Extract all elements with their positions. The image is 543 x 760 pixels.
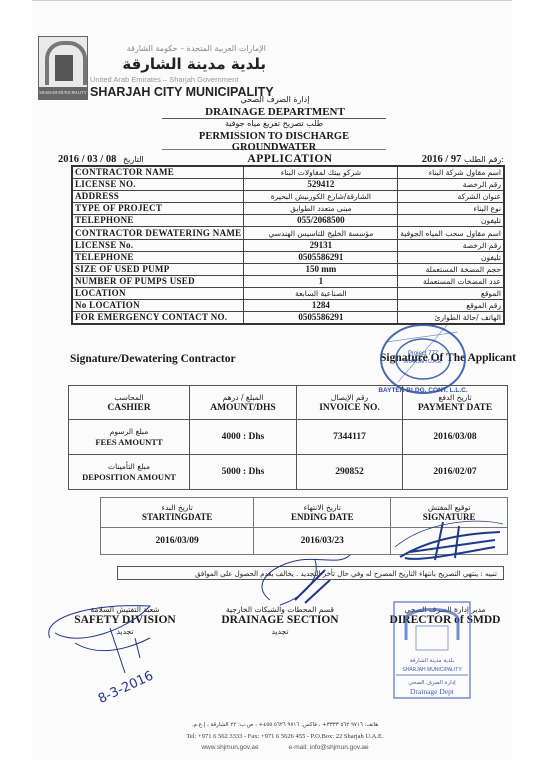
permission-title-ar: طلب تصريح تفريغ مياه جوفية: [162, 119, 386, 128]
detail-label-ar: تليفون: [398, 251, 504, 263]
detail-label-en: TELEPHONE: [72, 215, 244, 227]
detail-value: 150 mm: [244, 263, 398, 275]
table-row: TELEPHONE0505586291تليفون: [72, 251, 504, 263]
table-row: LICENSE NO.529412رقم الرخصة: [72, 179, 504, 191]
department-title-en: DRAINAGE DEPARTMENT: [160, 106, 390, 118]
payment-date: 2016/02/07: [403, 455, 508, 490]
email-link[interactable]: e-mail: info@shjmun.gov.ae: [288, 744, 368, 751]
column-header-en: AMOUNT/DHS: [210, 403, 275, 413]
municipality-logo: SHARJAH MUNICIPALITY: [38, 36, 88, 100]
payments-column-header: رقم الإيصالINVOICE NO.: [297, 386, 403, 420]
government-name-en: United Arab Emirates – Sharjah Governmen…: [90, 75, 238, 84]
logo-fort-icon: [55, 55, 73, 81]
payment-type: مبلغ الرسومFEES AMOUNTT: [69, 420, 190, 455]
column-header-ar: تاريخ البدء: [102, 503, 252, 512]
detail-label-en: SIZE OF USED PUMP: [72, 263, 244, 275]
table-row: CONTRACTOR NAMEشركو بيتك لمقاولات البناء…: [72, 166, 504, 179]
table-row: No LOCATION1284رقم الموقع: [72, 300, 504, 312]
detail-value: 0505586291: [244, 312, 398, 325]
application-date-value: 2016 / 03 / 08: [58, 154, 116, 165]
detail-label-en: ADDRESS: [72, 191, 244, 203]
dates-header-row: تاريخ البدءSTARTINGDATEتاريخ الانتهاءEND…: [101, 498, 508, 528]
detail-value: الصناعية السابعة: [244, 287, 398, 299]
detail-label-ar: رقم الموقع: [398, 300, 504, 312]
dewatering-contractor-signature-label: Signature/Dewatering Contractor: [70, 353, 236, 365]
detail-value: مؤسسة الخليج للتاسيس الهندسي: [244, 227, 398, 239]
table-row: FOR EMERGENCY CONTACT NO.0505586291الهات…: [72, 312, 504, 325]
municipality-name-ar: بلدية مدينة الشارقة: [90, 55, 266, 73]
table-row: NUMBER OF PUMPS USED1عدد المضخات المستعم…: [72, 275, 504, 287]
application-details-table: CONTRACTOR NAMEشركو بيتك لمقاولات البناء…: [71, 165, 505, 325]
detail-value: 055/2068500: [244, 215, 398, 227]
detail-value: 1: [244, 275, 398, 287]
invoice-number: 7344117: [297, 420, 403, 455]
detail-value: 529412: [244, 179, 398, 191]
payment-type-ar: مبلغ التأمينات: [70, 462, 188, 471]
column-header-en: PAYMENT DATE: [418, 403, 492, 413]
footer-address-ar: هاتف: ٩٧١٦ ٥٦٢ ٣٣٣٣+ ، فاكس: ٩٧١٦ ٥٦٢٦ ٤…: [140, 722, 430, 728]
applicant-signature-label: Signature Of The Applicant: [380, 352, 516, 364]
detail-label-en: TYPE OF PROJECT: [72, 203, 244, 215]
table-row: LOCATIONالصناعية السابعةالموقع: [72, 287, 504, 299]
permission-title-en: PERMISSION TO DISCHARGE GROUNDWATER: [162, 131, 386, 153]
table-row: مبلغ الرسومFEES AMOUNTT4000 : Dhs7344117…: [69, 420, 508, 455]
dates-column-header: توقيع المفتشSIGNATURE: [391, 498, 508, 528]
payment-type-en: DEPOSITION AMOUNT: [82, 472, 176, 482]
request-number-value: 2016 / 97: [422, 154, 462, 165]
director-en: DIRECTOR of SMDD: [390, 614, 501, 626]
detail-value: 29131: [244, 239, 398, 251]
request-number: 2016 / 97 رقم الطلب:: [396, 154, 504, 165]
payments-column-header: تاريخ الدفعPAYMENT DATE: [403, 386, 508, 420]
column-header-ar: تاريخ الدفع: [404, 393, 506, 402]
application-date: 2016 / 03 / 08 التاريخ: [58, 154, 144, 165]
detail-label-ar: اسم مقاول شركة البناء: [398, 166, 504, 179]
column-header-en: STARTINGDATE: [142, 512, 212, 522]
detail-label-en: LICENSE NO.: [72, 179, 244, 191]
payment-amount: 4000 : Dhs: [190, 420, 297, 455]
detail-value: شركو بيتك لمقاولات البناء: [244, 166, 398, 179]
safety-division-ar: شعبة التفتيش السلامة: [60, 605, 190, 614]
table-row: مبلغ التأميناتDEPOSITION AMOUNT5000 : Dh…: [69, 455, 508, 490]
column-header-en: INVOICE NO.: [319, 403, 380, 413]
column-header-en: ENDING DATE: [291, 512, 354, 522]
department-title-ar: إدارة الصرف الصحي: [160, 95, 390, 104]
column-header-ar: تاريخ الانتهاء: [255, 503, 389, 512]
detail-label-ar: رقم الرخصة: [398, 179, 504, 191]
permit-dates-table: تاريخ البدءSTARTINGDATEتاريخ الانتهاءEND…: [100, 497, 508, 555]
application-title: APPLICATION: [230, 153, 350, 165]
detail-label-en: LOCATION: [72, 287, 244, 299]
payments-header-row: المحاسبCASHIERالمبلغ / درهمAMOUNT/DHSرقم…: [69, 386, 508, 420]
request-number-label-ar: رقم الطلب:: [464, 155, 504, 164]
column-header-en: SIGNATURE: [423, 512, 476, 522]
detail-label-ar: عدد المضخات المستعملة: [398, 275, 504, 287]
detail-label-ar: رقم الرخصة: [398, 239, 504, 251]
table-row: CONTRACTOR DEWATERING NAMEمؤسسة الخليج ل…: [72, 227, 504, 239]
payment-type-en: FEES AMOUNTT: [95, 437, 162, 447]
payment-type-ar: مبلغ الرسوم: [70, 427, 188, 436]
column-header-ar: المبلغ / درهم: [191, 393, 295, 402]
safety-division-renewal: تجديد: [60, 627, 190, 636]
table-row: TYPE OF PROJECTمبنى متعدد الطوابقنوع الب…: [72, 203, 504, 215]
detail-label-ar: الموقع: [398, 287, 504, 299]
detail-label-en: NUMBER OF PUMPS USED: [72, 275, 244, 287]
payment-amount: 5000 : Dhs: [190, 455, 297, 490]
detail-label-ar: تليفون: [398, 215, 504, 227]
drainage-section-en: DRAINAGE SECTION: [221, 614, 338, 626]
detail-label-ar: حجم المضخة المستعملة: [398, 263, 504, 275]
detail-value: الشارقة/شارع الكورنيش البحيرة: [244, 191, 398, 203]
column-header-en: CASHIER: [107, 403, 150, 413]
application-date-label-ar: التاريخ: [123, 155, 144, 164]
detail-label-en: CONTRACTOR NAME: [72, 166, 244, 179]
table-row: LICENSE No.29131رقم الرخصة: [72, 239, 504, 251]
inspector-signature-cell: [391, 528, 508, 555]
table-row: 2016/03/092016/03/23: [101, 528, 508, 555]
director-block: مدير إدارة الصرف الصحي DIRECTOR of SMDD: [370, 605, 520, 626]
table-row: ADDRESSالشارقة/شارع الكورنيش البحيرةعنوا…: [72, 191, 504, 203]
government-name-ar: الإمارات العربية المتحدة – حكومة الشارقة: [90, 44, 266, 53]
detail-label-en: TELEPHONE: [72, 251, 244, 263]
invoice-number: 290852: [297, 455, 403, 490]
logo-band-text: SHARJAH MUNICIPALITY: [39, 87, 87, 99]
drainage-section-renewal: تجديد: [200, 627, 360, 636]
detail-value: 1284: [244, 300, 398, 312]
detail-label-en: CONTRACTOR DEWATERING NAME: [72, 227, 244, 239]
dates-column-header: تاريخ الانتهاءENDING DATE: [254, 498, 391, 528]
website-link[interactable]: www.shjmun.gov.ae: [201, 744, 258, 751]
payments-column-header: المبلغ / درهمAMOUNT/DHS: [190, 386, 297, 420]
detail-value: مبنى متعدد الطوابق: [244, 203, 398, 215]
detail-label-ar: الهاتف /حالة الطوارئ: [398, 312, 504, 325]
footer-contact-en: Tel: +971 6 562 3333 - Fax: +971 6 5626 …: [140, 733, 430, 740]
detail-label-en: LICENSE No.: [72, 239, 244, 251]
dates-column-header: تاريخ البدءSTARTINGDATE: [101, 498, 254, 528]
column-header-ar: توقيع المفتش: [392, 503, 506, 512]
ending-date-value: 2016/03/23: [254, 528, 391, 555]
detail-label-en: No LOCATION: [72, 300, 244, 312]
table-row: SIZE OF USED PUMP150 mmحجم المضخة المستع…: [72, 263, 504, 275]
expiry-notice: تنبيه : ينتهي التصريح بانتهاء التاريخ ال…: [117, 566, 504, 580]
drainage-section-ar: قسم المحطات والشبكات الخارجية: [200, 605, 360, 614]
footer-links: www.shjmun.gov.ae e-mail: info@shjmun.go…: [140, 744, 430, 751]
detail-label-en: FOR EMERGENCY CONTACT NO.: [72, 312, 244, 325]
payment-date: 2016/03/08: [403, 420, 508, 455]
payments-table: المحاسبCASHIERالمبلغ / درهمAMOUNT/DHSرقم…: [68, 385, 508, 490]
drainage-section-block: قسم المحطات والشبكات الخارجية DRAINAGE S…: [200, 605, 360, 636]
payment-type: مبلغ التأميناتDEPOSITION AMOUNT: [69, 455, 190, 490]
starting-date-value: 2016/03/09: [101, 528, 254, 555]
safety-division-en: SAFETY DIVISION: [74, 614, 176, 626]
detail-label-ar: اسم مقاول سحب المياه الجوفية: [398, 227, 504, 239]
detail-label-ar: عنوان الشركة: [398, 191, 504, 203]
column-header-ar: المحاسب: [70, 393, 188, 402]
detail-value: 0505586291: [244, 251, 398, 263]
director-ar: مدير إدارة الصرف الصحي: [370, 605, 520, 614]
column-header-ar: رقم الإيصال: [298, 393, 401, 402]
detail-label-ar: نوع البناء: [398, 203, 504, 215]
table-row: TELEPHONE055/2068500تليفون: [72, 215, 504, 227]
payments-column-header: المحاسبCASHIER: [69, 386, 190, 420]
safety-division-block: شعبة التفتيش السلامة SAFETY DIVISION تجد…: [60, 605, 190, 636]
